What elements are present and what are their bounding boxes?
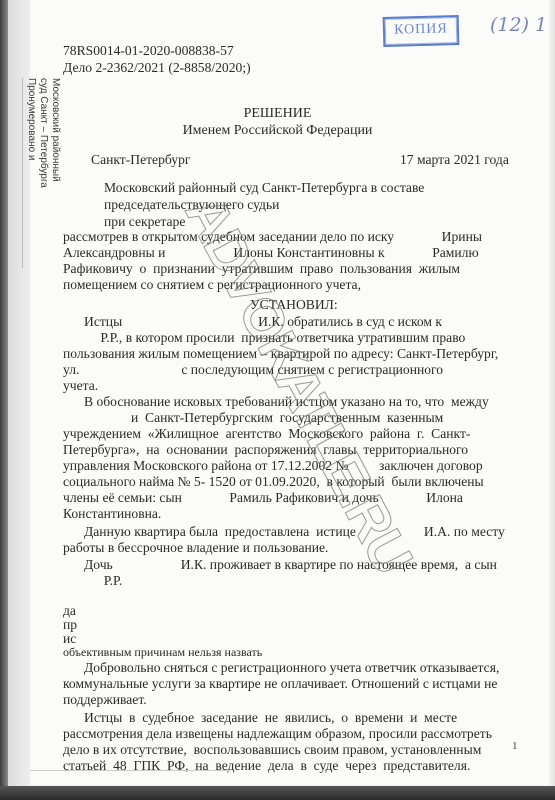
document-title: РЕШЕНИЕ: [0, 106, 555, 122]
text-line: социального найма № 5- 1520 от 01.09.202…: [63, 474, 484, 490]
case-id: 78RS0014-01-2020-008838-57: [63, 43, 234, 59]
copy-stamp: КОПИЯ: [383, 15, 460, 47]
text-line: статьей 48 ГПК РФ, на ведение дела в суд…: [63, 758, 470, 774]
text-line: учета.: [63, 378, 98, 394]
text-line: Добровольно сняться с регистрационного у…: [84, 660, 499, 676]
text-line: Р.Р.: [63, 573, 126, 589]
text-line: Александровны и Илоны Константиновны к Р…: [63, 245, 479, 261]
intro-line: Московский районный суд Санкт-Петербурга…: [104, 180, 424, 196]
handwritten-page-note: (12) 1: [490, 14, 547, 36]
text-line: Константиновна.: [63, 506, 161, 522]
city: Санкт-Петербург: [91, 152, 190, 168]
text-line: управления Московского района от 17.12.2…: [63, 458, 483, 474]
text-line: учреждением «Жилищное агентство Московск…: [63, 426, 470, 442]
text-line: Дочь И.К. проживает в квартире по настоя…: [84, 557, 497, 573]
scan-rule: [30, 770, 230, 771]
text-fragment: объективным причинам нельзя назвать: [63, 645, 262, 661]
document-subtitle: Именем Российской Федерации: [0, 123, 555, 139]
scan-edge-bottom: [0, 786, 555, 800]
page-number: 1: [512, 740, 518, 752]
text-line: члены её семьи: сын Рамиль Рафикович и д…: [63, 490, 463, 506]
text-line: поддерживает.: [63, 692, 147, 708]
text-line: работы в бессрочное владение и пользован…: [63, 540, 328, 556]
text-line: Истцы в судебное заседание не явились, о…: [84, 710, 457, 726]
date: 17 марта 2021 года: [400, 152, 509, 168]
text-line: Петербурга», на основании распоряжения г…: [63, 442, 468, 458]
text-line: рассмотрения дела извещены надлежащим об…: [63, 726, 492, 742]
case-number: Дело 2-2362/2021 (2-8858/2020;): [63, 60, 251, 76]
text-line: дело в их отсутствие, воспользовавшись с…: [63, 742, 481, 758]
text-line: и Санкт-Петербургским государственным ка…: [63, 410, 443, 426]
text-line: рассмотрев в открытом судебном заседании…: [63, 229, 515, 245]
text-line: Данную квартира была предоставлена истиц…: [84, 524, 505, 540]
text-line: коммунальные услуги за квартире не оплач…: [63, 676, 497, 692]
